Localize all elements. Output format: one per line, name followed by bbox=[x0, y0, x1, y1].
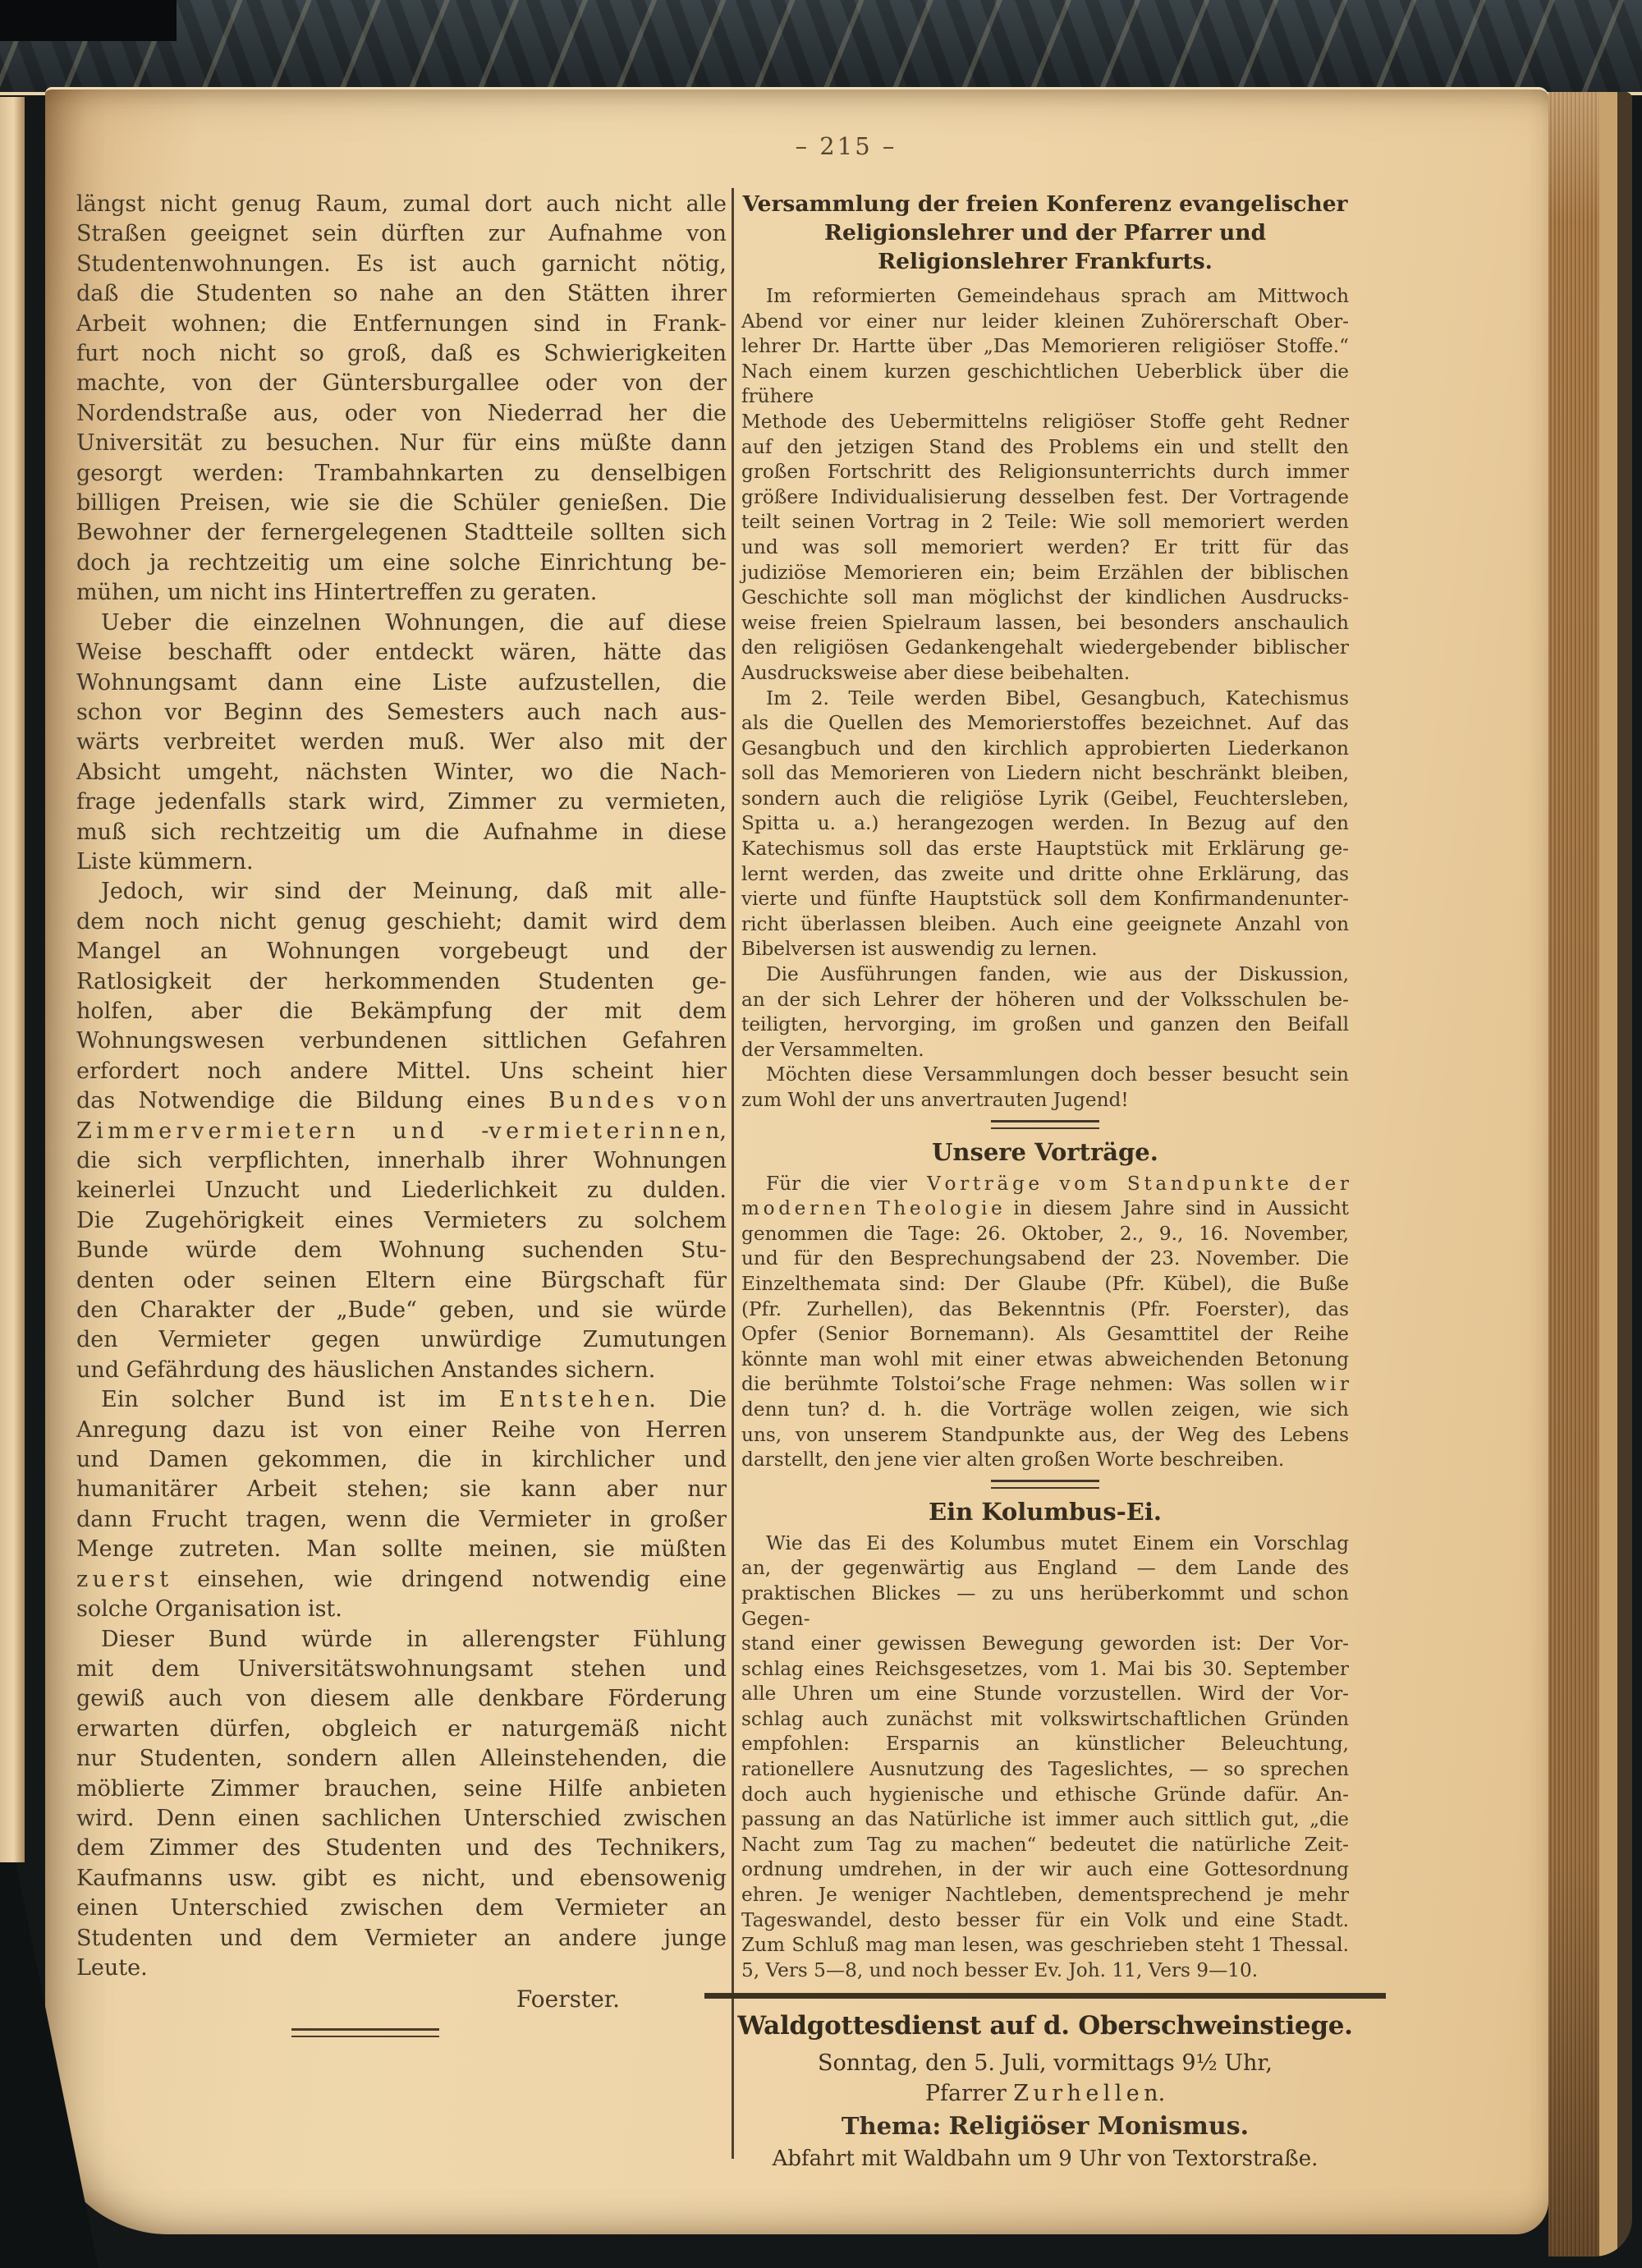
announcement: Waldgottesdienst auf d. Oberschweinstieg… bbox=[704, 2007, 1386, 2174]
text-line: Ratlosigkeit der herkommenden Studenten … bbox=[76, 967, 727, 997]
page-number: – 215 – bbox=[94, 132, 1598, 160]
text-line: judiziöse Memorieren ein; beim Erzählen … bbox=[741, 561, 1349, 586]
paragraph: Ueber die einzelnen Wohnungen, die auf d… bbox=[76, 608, 727, 878]
article3-body: Wie das Ei des Kolumbus mutet Einem ein … bbox=[741, 1531, 1349, 1984]
text-line: Weise beschafft oder entdeckt wären, hät… bbox=[76, 638, 727, 668]
text-line: als die Quellen des Memorierstoffes beze… bbox=[741, 711, 1349, 737]
text-line: Im reformierten Gemeindehaus sprach am M… bbox=[741, 284, 1349, 310]
text-line: solche Organisation ist. bbox=[76, 1595, 727, 1624]
text-line: und was soll memoriert werden? Er tritt … bbox=[741, 535, 1349, 561]
section-divider-rule bbox=[991, 1120, 1099, 1129]
text-line: gewiß auch von diesem alle denkbare Förd… bbox=[76, 1684, 727, 1714]
text-line: Wohnungsamt dann eine Liste aufzustellen… bbox=[76, 668, 727, 698]
text-line: Bewohner der fernergelegenen Stadtteile … bbox=[76, 518, 727, 548]
text-line: teilt seinen Vortrag in 2 Teile: Wie sol… bbox=[741, 510, 1349, 535]
text-line: darstellt, den jene vier alten großen Wo… bbox=[741, 1448, 1349, 1473]
text-line: Abend vor einer nur leider kleinen Zuhör… bbox=[741, 310, 1349, 335]
cover-corner-shadow bbox=[0, 0, 177, 41]
article2-title: Unsere Vorträge. bbox=[741, 1136, 1349, 1168]
text-line: das Notwendige die Bildung eines B u n d… bbox=[76, 1086, 727, 1116]
text-line: genommen die Tage: 26. Oktober, 2., 9., … bbox=[741, 1222, 1349, 1247]
text-line: mit dem Universitätswohnungsamt stehen u… bbox=[76, 1655, 727, 1684]
right-column: Versammlung der freien Konferenz evangel… bbox=[741, 190, 1349, 2174]
text-line: dem noch nicht genug geschieht; damit wi… bbox=[76, 907, 727, 937]
text-line: Jedoch, wir sind der Meinung, daß mit al… bbox=[76, 877, 727, 907]
text-line: wärts verbreitet werden muß. Wer also mi… bbox=[76, 728, 727, 757]
text-line: billigen Preisen, wie sie die Schüler ge… bbox=[76, 489, 727, 518]
text-line: längst nicht genug Raum, zumal dort auch… bbox=[76, 190, 727, 219]
text-line: die sich verpflichten, innerhalb ihrer W… bbox=[76, 1146, 727, 1176]
text-line: daß die Studenten so nahe an den Stätten… bbox=[76, 279, 727, 309]
paragraph: Im reformierten Gemeindehaus sprach am M… bbox=[741, 284, 1349, 686]
text-line: an der sich Lehrer der höheren und der V… bbox=[741, 988, 1349, 1013]
text-line: Z i m m e r v e r m i e t e r n u n d -v… bbox=[76, 1117, 727, 1146]
announcement-title: Waldgottesdienst auf d. Oberschweinstieg… bbox=[704, 2007, 1386, 2045]
text-line: stand einer gewissen Bewegung geworden i… bbox=[741, 1632, 1349, 1657]
text-line: Anregung dazu ist von einer Reihe von He… bbox=[76, 1416, 727, 1445]
text-line: erwarten dürfen, obgleich er naturgemäß … bbox=[76, 1715, 727, 1744]
announcement-thema: Thema: Religiöser Monismus. bbox=[704, 2109, 1386, 2144]
text-line: uns, von unserem Standpunkte aus, der We… bbox=[741, 1423, 1349, 1448]
text-line: wird. Denn einen sachlichen Unterschied … bbox=[76, 1804, 727, 1834]
text-line: dem Zimmer des Studenten und des Technik… bbox=[76, 1834, 727, 1863]
article1-title-line: Religionslehrer Frankfurts. bbox=[741, 247, 1349, 276]
article-end-rule bbox=[291, 2028, 439, 2037]
text-line: Einzelthemata sind: Der Glaube (Pfr. Küb… bbox=[741, 1272, 1349, 1297]
text-line: und Gefährdung des häuslichen Anstandes … bbox=[76, 1356, 727, 1385]
paragraph: Für die vier V o r t r ä g e v o m S t a… bbox=[741, 1172, 1349, 1473]
text-line: weise freien Spielraum lassen, bei beson… bbox=[741, 611, 1349, 636]
text-line: Wohnungswesen verbundenen sittlichen Gef… bbox=[76, 1026, 727, 1056]
text-line: 5, Vers 5—8, und noch besser Ev. Joh. 11… bbox=[741, 1958, 1349, 1984]
signature: Foerster. bbox=[76, 1985, 727, 2014]
text-line: einen Unterschied zwischen dem Vermieter… bbox=[76, 1894, 727, 1923]
text-line: lehrer Dr. Hartte über „Das Memorieren r… bbox=[741, 334, 1349, 360]
text-line: Kaufmanns usw. gibt es nicht, und ebenso… bbox=[76, 1864, 727, 1894]
text-line: die berühmte Tolstoi’sche Frage nehmen: … bbox=[741, 1372, 1349, 1398]
text-line: machte, von der Güntersburgallee oder vo… bbox=[76, 369, 727, 398]
text-line: ehren. Je weniger Nachtleben, dementspre… bbox=[741, 1883, 1349, 1908]
announcement-line: Sonntag, den 5. Juli, vormittags 9½ Uhr, bbox=[704, 2048, 1386, 2078]
text-line: Studentenwohnungen. Es ist auch garnicht… bbox=[76, 250, 727, 279]
text-line: schon vor Beginn des Semesters auch nach… bbox=[76, 698, 727, 728]
text-line: der Versammelten. bbox=[741, 1038, 1349, 1063]
text-line: erfordert noch andere Mittel. Uns schein… bbox=[76, 1057, 727, 1086]
text-line: furt noch nicht so groß, daß es Schwieri… bbox=[76, 339, 727, 369]
text-line: Bibelversen ist auswendig zu lernen. bbox=[741, 937, 1349, 962]
facing-page-edge bbox=[0, 97, 25, 1862]
text-line: Ein solcher Bund ist im E n t s t e h e … bbox=[76, 1385, 727, 1415]
text-line: muß sich rechtzeitig um die Aufnahme in … bbox=[76, 818, 727, 847]
text-line: Möchten diese Versammlungen doch besser … bbox=[741, 1063, 1349, 1088]
text-line: Tageswandel, desto besser für ein Volk u… bbox=[741, 1908, 1349, 1934]
text-line: m o d e r n e n T h e o l o g i e in die… bbox=[741, 1196, 1349, 1222]
text-line: Bunde würde dem Wohnung suchenden Stu- bbox=[76, 1236, 727, 1265]
text-line: Straßen geeignet sein dürften zur Aufnah… bbox=[76, 219, 727, 249]
text-line: großen Fortschritt des Religionsunterric… bbox=[741, 460, 1349, 485]
paragraph: Ein solcher Bund ist im E n t s t e h e … bbox=[76, 1385, 727, 1624]
text-line: Nordendstraße aus, oder von Niederrad he… bbox=[76, 399, 727, 429]
announcement-top-rule bbox=[704, 1993, 1386, 1999]
text-line: gesorgt werden: Trambahnkarten zu densel… bbox=[76, 459, 727, 489]
left-column: längst nicht genug Raum, zumal dort auch… bbox=[76, 190, 727, 2037]
text-line: humanitärer Arbeit stehen; sie kann aber… bbox=[76, 1475, 727, 1504]
text-line: sondern auch die religiöse Lyrik (Geibel… bbox=[741, 787, 1349, 812]
text-line: zum Wohl der uns anvertrauten Jugend! bbox=[741, 1088, 1349, 1113]
text-line: Liste kümmern. bbox=[76, 847, 727, 877]
thema-value: Religiöser Monismus. bbox=[948, 2112, 1249, 2141]
text-line: den Charakter der „Bude“ geben, und sie … bbox=[76, 1296, 727, 1325]
text-line: Geschichte soll man möglichst der kindli… bbox=[741, 585, 1349, 611]
newspaper-page: – 215 – längst nicht genug Raum, zumal d… bbox=[45, 87, 1548, 2234]
text-line: Opfer (Senior Bornemann). Als Gesamttite… bbox=[741, 1322, 1349, 1347]
text-line: praktischen Blickes — zu uns herüberkomm… bbox=[741, 1582, 1349, 1632]
paragraph: Dieser Bund würde in allerengster Fühlun… bbox=[76, 1625, 727, 1984]
text-line: Methode des Uebermittelns religiöser Sto… bbox=[741, 410, 1349, 435]
text-line: soll das Memorieren von Liedern nicht be… bbox=[741, 761, 1349, 787]
text-line: ordnung umdrehen, in der wir auch eine G… bbox=[741, 1857, 1349, 1883]
text-line: Absicht umgeht, nächsten Winter, wo die … bbox=[76, 758, 727, 787]
text-line: alle Uhren um eine Stunde vorzustellen. … bbox=[741, 1682, 1349, 1707]
text-line: keinerlei Unzucht und Liederlichkeit zu … bbox=[76, 1176, 727, 1205]
text-line: Die Zugehörigkeit eines Vermieters zu so… bbox=[76, 1206, 727, 1236]
announcement-line: Abfahrt mit Waldbahn um 9 Uhr von Textor… bbox=[704, 2144, 1386, 2174]
paragraph: Die Ausführungen fanden, wie aus der Dis… bbox=[741, 962, 1349, 1063]
text-line: teiligten, hervorging, im großen und gan… bbox=[741, 1012, 1349, 1038]
text-line: empfohlen: Ersparnis an künstlicher Bele… bbox=[741, 1732, 1349, 1757]
text-line: z u e r s t einsehen, wie dringend notwe… bbox=[76, 1565, 727, 1595]
text-line: größere Individualisierung desselben fes… bbox=[741, 485, 1349, 511]
text-line: schlag auch zunächst mit volkswirtschaft… bbox=[741, 1707, 1349, 1733]
paragraph: Im 2. Teile werden Bibel, Gesangbuch, Ka… bbox=[741, 686, 1349, 963]
text-line: könnte man wohl mit einer etwas abweiche… bbox=[741, 1347, 1349, 1373]
text-line: mühen, um nicht ins Hintertreffen zu ger… bbox=[76, 578, 727, 608]
text-line: doch ja rechtzeitig um eine solche Einri… bbox=[76, 549, 727, 578]
text-line: holfen, aber die Bekämpfung der mit dem bbox=[76, 997, 727, 1026]
text-line: vierte und fünfte Hauptstück soll dem Ko… bbox=[741, 887, 1349, 912]
text-line: Zum Schluß mag man lesen, was geschriebe… bbox=[741, 1933, 1349, 1958]
scanned-book-page-photo: – 215 – längst nicht genug Raum, zumal d… bbox=[0, 0, 1642, 2268]
text-line: richt überlassen bleiben. Auch eine geei… bbox=[741, 912, 1349, 938]
text-line: den religiösen Gedankengehalt wiedergebe… bbox=[741, 636, 1349, 661]
text-line: frage jedenfalls stark wird, Zimmer zu v… bbox=[76, 787, 727, 817]
announcement-line: Pfarrer Z u r h e l l e n. bbox=[704, 2078, 1386, 2109]
article2-body: Für die vier V o r t r ä g e v o m S t a… bbox=[741, 1172, 1349, 1473]
book-fore-edge-pages bbox=[1548, 92, 1632, 2257]
article1-title-line: Religionslehrer und der Pfarrer und bbox=[741, 218, 1349, 247]
text-line: Arbeit wohnen; die Entfernungen sind in … bbox=[76, 310, 727, 339]
article1-body: Im reformierten Gemeindehaus sprach am M… bbox=[741, 284, 1349, 1113]
text-line: Nacht zum Tag zu machen“ bedeutet die na… bbox=[741, 1833, 1349, 1858]
text-line: Gesangbuch und den kirchlich approbierte… bbox=[741, 737, 1349, 762]
text-line: doch auch hygienische und ethische Gründ… bbox=[741, 1783, 1349, 1808]
text-line: schlag eines Reichsgesetzes, vom 1. Mai … bbox=[741, 1657, 1349, 1683]
paragraph: Möchten diese Versammlungen doch besser … bbox=[741, 1063, 1349, 1113]
text-line: und Damen gekommen, die in kirchlicher u… bbox=[76, 1445, 727, 1475]
text-line: Dieser Bund würde in allerengster Fühlun… bbox=[76, 1625, 727, 1655]
paragraph: längst nicht genug Raum, zumal dort auch… bbox=[76, 190, 727, 608]
text-line: (Pfr. Zurhellen), das Bekenntnis (Pfr. F… bbox=[741, 1297, 1349, 1323]
text-line: Wie das Ei des Kolumbus mutet Einem ein … bbox=[741, 1531, 1349, 1557]
text-line: denten oder seinen Eltern eine Bürgschaf… bbox=[76, 1266, 727, 1296]
text-line: möblierte Zimmer brauchen, seine Hilfe a… bbox=[76, 1774, 727, 1804]
text-line: lernt werden, das zweite und dritte ohne… bbox=[741, 862, 1349, 888]
text-line: Nach einem kurzen geschichtlichen Ueberb… bbox=[741, 360, 1349, 410]
section-divider-rule bbox=[991, 1480, 1099, 1489]
text-line: Studenten und dem Vermieter an andere ju… bbox=[76, 1924, 727, 1954]
text-line: und für den Besprechungsabend der 23. No… bbox=[741, 1246, 1349, 1272]
article3-title: Ein Kolumbus-Ei. bbox=[741, 1495, 1349, 1528]
paragraph: Wie das Ei des Kolumbus mutet Einem ein … bbox=[741, 1531, 1349, 1984]
text-line: den Vermieter gegen unwürdige Zumutungen bbox=[76, 1325, 727, 1355]
text-line: Für die vier V o r t r ä g e v o m S t a… bbox=[741, 1172, 1349, 1197]
text-line: Menge zutreten. Man sollte meinen, sie m… bbox=[76, 1535, 727, 1564]
text-line: Im 2. Teile werden Bibel, Gesangbuch, Ka… bbox=[741, 686, 1349, 712]
article1-title-line: Versammlung der freien Konferenz evangel… bbox=[741, 190, 1349, 218]
text-line: Ueber die einzelnen Wohnungen, die auf d… bbox=[76, 608, 727, 638]
text-line: an, der gegenwärtig aus England — dem La… bbox=[741, 1556, 1349, 1582]
paragraph: Jedoch, wir sind der Meinung, daß mit al… bbox=[76, 877, 727, 1385]
left-column-text: längst nicht genug Raum, zumal dort auch… bbox=[76, 190, 727, 1983]
column-divider-rule bbox=[732, 188, 734, 2159]
text-line: passung an das Natürliche ist immer auch… bbox=[741, 1807, 1349, 1833]
thema-label: Thema: bbox=[842, 2112, 941, 2140]
text-line: nur Studenten, sondern allen Alleinstehe… bbox=[76, 1744, 727, 1774]
text-line: Die Ausführungen fanden, wie aus der Dis… bbox=[741, 962, 1349, 988]
text-line: Mangel an Wohnungen vorgebeugt und der bbox=[76, 937, 727, 966]
text-line: rationellere Ausnutzung des Tageslichtes… bbox=[741, 1757, 1349, 1783]
text-line: Ausdrucksweise aber diese beibehalten. bbox=[741, 661, 1349, 686]
text-line: denn tun? d. h. die Vorträge wollen zeig… bbox=[741, 1398, 1349, 1423]
text-line: dann Frucht tragen, wenn die Vermieter i… bbox=[76, 1505, 727, 1535]
text-line: Spitta u. a.) herangezogen werden. In Be… bbox=[741, 811, 1349, 837]
book-cover-top-band bbox=[0, 0, 1642, 95]
text-line: Leute. bbox=[76, 1954, 727, 1983]
text-line: auf den jetzigen Stand des Problems ein … bbox=[741, 435, 1349, 461]
text-line: Universität zu besuchen. Nur für eins mü… bbox=[76, 429, 727, 458]
text-line: Katechismus soll das erste Hauptstück mi… bbox=[741, 837, 1349, 862]
